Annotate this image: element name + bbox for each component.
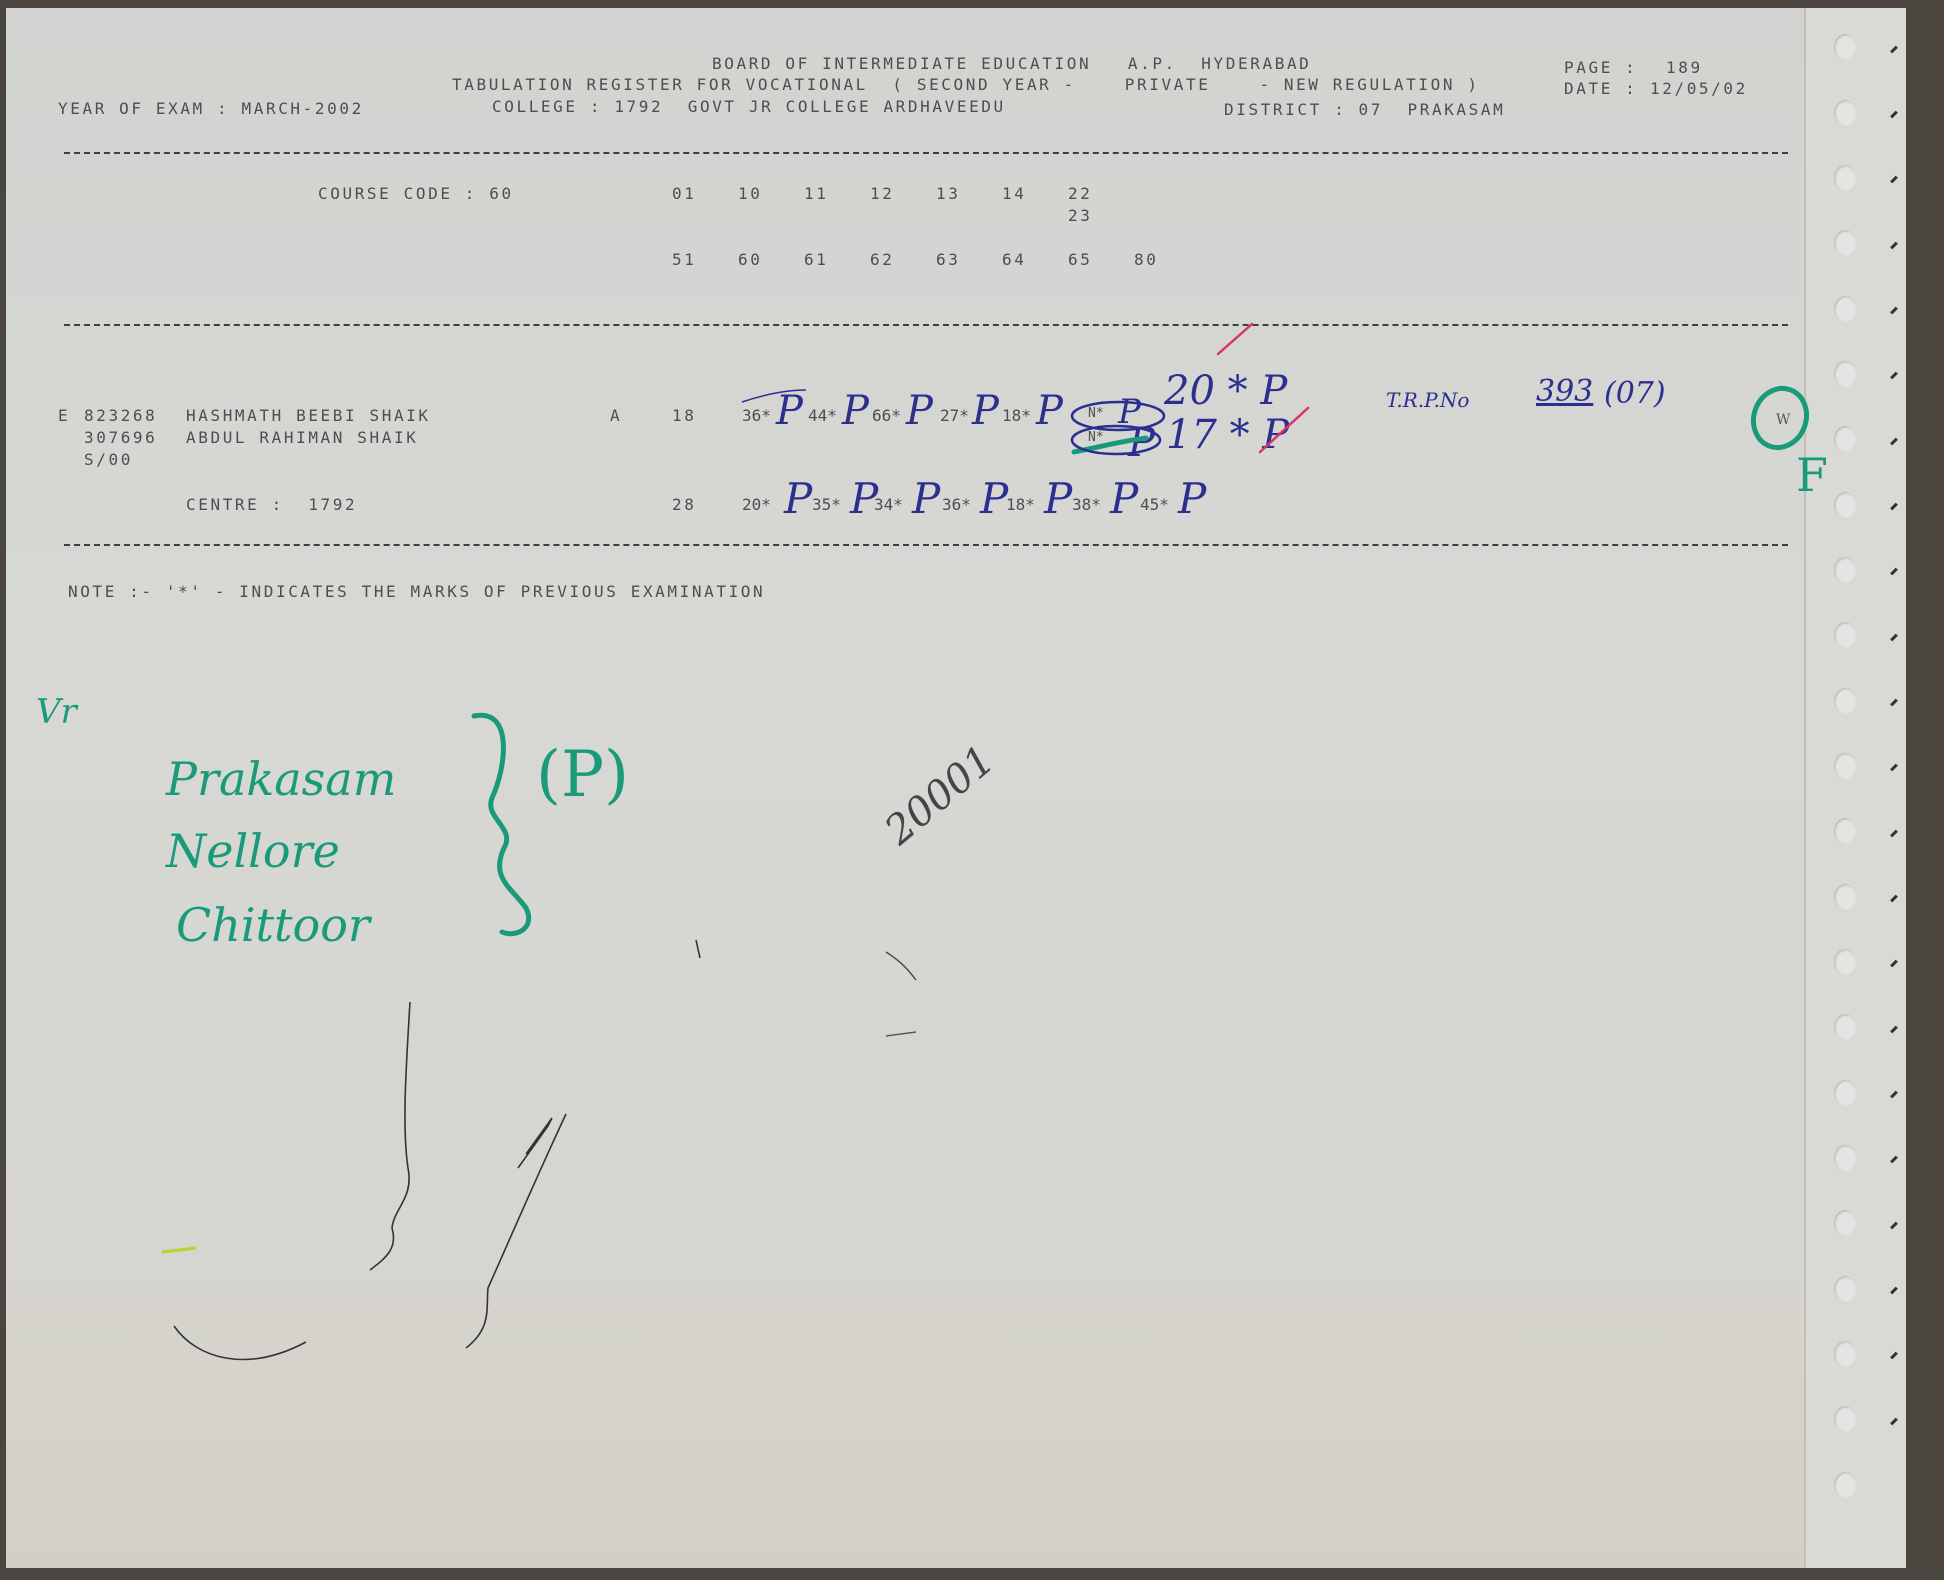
- tabulation-sheet: BOARD OF INTERMEDIATE EDUCATION A.P. HYD…: [6, 8, 1906, 1568]
- ink-strokes: [6, 8, 1906, 1568]
